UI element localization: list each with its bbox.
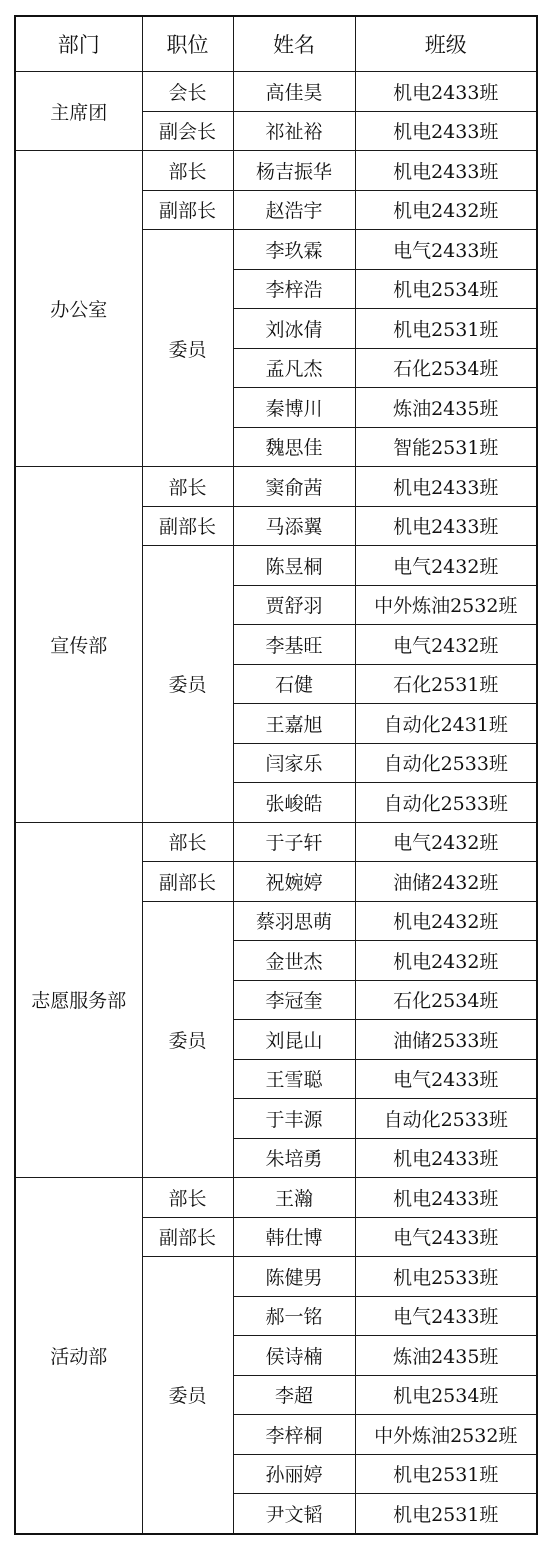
member-name-cell: 窦俞茜 [233,467,355,507]
member-name-cell: 蔡羽思萌 [233,901,355,941]
department-cell: 宣传部 [15,467,142,823]
member-name-cell: 祝婉婷 [233,862,355,902]
member-class-cell: 机电2433班 [355,506,537,546]
roster-table: 部门 职位 姓名 班级 主席团会长高佳昊机电2433班副会长祁祉裕机电2433班… [14,15,538,1535]
position-cell: 委员 [142,546,233,823]
member-class-cell: 机电2432班 [355,190,537,230]
member-name-cell: 祁祉裕 [233,111,355,151]
position-cell: 委员 [142,230,233,467]
table-row: 主席团会长高佳昊机电2433班 [15,72,537,112]
department-cell: 志愿服务部 [15,822,142,1178]
member-name-cell: 孟凡杰 [233,348,355,388]
member-name-cell: 赵浩宇 [233,190,355,230]
member-class-cell: 机电2533班 [355,1257,537,1297]
position-cell: 副部长 [142,862,233,902]
member-name-cell: 侯诗楠 [233,1336,355,1376]
member-name-cell: 李玖霖 [233,230,355,270]
member-class-cell: 电气2433班 [355,1296,537,1336]
member-class-cell: 中外炼油2532班 [355,585,537,625]
member-class-cell: 机电2433班 [355,151,537,191]
member-name-cell: 金世杰 [233,941,355,981]
header-row: 部门 职位 姓名 班级 [15,16,537,72]
member-class-cell: 炼油2435班 [355,388,537,428]
member-name-cell: 于子轩 [233,822,355,862]
position-cell: 会长 [142,72,233,112]
member-class-cell: 石化2531班 [355,664,537,704]
member-class-cell: 机电2531班 [355,1454,537,1494]
member-class-cell: 机电2432班 [355,941,537,981]
member-class-cell: 机电2433班 [355,467,537,507]
member-name-cell: 李超 [233,1375,355,1415]
position-cell: 部长 [142,151,233,191]
department-cell: 主席团 [15,72,142,151]
member-name-cell: 王嘉旭 [233,704,355,744]
member-name-cell: 孙丽婷 [233,1454,355,1494]
member-name-cell: 张峻皓 [233,783,355,823]
member-name-cell: 石健 [233,664,355,704]
table-row: 宣传部部长窦俞茜机电2433班 [15,467,537,507]
member-name-cell: 刘冰倩 [233,309,355,349]
position-cell: 部长 [142,467,233,507]
roster-body: 主席团会长高佳昊机电2433班副会长祁祉裕机电2433班办公室部长杨吉振华机电2… [15,72,537,1534]
member-class-cell: 电气2433班 [355,1059,537,1099]
position-cell: 副部长 [142,506,233,546]
department-cell: 活动部 [15,1178,142,1534]
member-class-cell: 电气2433班 [355,1217,537,1257]
member-name-cell: 陈昱桐 [233,546,355,586]
position-cell: 副部长 [142,190,233,230]
member-class-cell: 机电2432班 [355,901,537,941]
member-name-cell: 尹文韬 [233,1494,355,1534]
department-cell: 办公室 [15,151,142,467]
member-class-cell: 炼油2435班 [355,1336,537,1376]
position-cell: 副会长 [142,111,233,151]
member-class-cell: 油储2533班 [355,1020,537,1060]
member-class-cell: 石化2534班 [355,980,537,1020]
member-class-cell: 自动化2533班 [355,1099,537,1139]
member-class-cell: 机电2534班 [355,1375,537,1415]
member-name-cell: 李梓桐 [233,1415,355,1455]
member-name-cell: 于丰源 [233,1099,355,1139]
table-row: 办公室部长杨吉振华机电2433班 [15,151,537,191]
member-name-cell: 杨吉振华 [233,151,355,191]
header-class: 班级 [355,16,537,72]
member-class-cell: 电气2433班 [355,230,537,270]
member-class-cell: 电气2432班 [355,546,537,586]
member-class-cell: 机电2531班 [355,1494,537,1534]
member-name-cell: 朱培勇 [233,1138,355,1178]
member-name-cell: 韩仕博 [233,1217,355,1257]
member-name-cell: 秦博川 [233,388,355,428]
header-name: 姓名 [233,16,355,72]
member-name-cell: 李冠奎 [233,980,355,1020]
member-class-cell: 机电2433班 [355,1178,537,1218]
member-class-cell: 智能2531班 [355,427,537,467]
member-class-cell: 电气2432班 [355,822,537,862]
member-class-cell: 石化2534班 [355,348,537,388]
member-class-cell: 机电2433班 [355,111,537,151]
member-name-cell: 贾舒羽 [233,585,355,625]
member-name-cell: 闫家乐 [233,743,355,783]
member-class-cell: 机电2433班 [355,1138,537,1178]
member-name-cell: 高佳昊 [233,72,355,112]
member-name-cell: 李基旺 [233,625,355,665]
position-cell: 部长 [142,1178,233,1218]
member-name-cell: 李梓浩 [233,269,355,309]
table-row: 志愿服务部部长于子轩电气2432班 [15,822,537,862]
member-class-cell: 自动化2431班 [355,704,537,744]
member-class-cell: 机电2534班 [355,269,537,309]
member-name-cell: 刘昆山 [233,1020,355,1060]
member-class-cell: 电气2432班 [355,625,537,665]
member-name-cell: 马添翼 [233,506,355,546]
member-class-cell: 自动化2533班 [355,743,537,783]
member-class-cell: 机电2531班 [355,309,537,349]
member-name-cell: 魏思佳 [233,427,355,467]
member-class-cell: 中外炼油2532班 [355,1415,537,1455]
header-position: 职位 [142,16,233,72]
position-cell: 委员 [142,901,233,1178]
position-cell: 副部长 [142,1217,233,1257]
position-cell: 委员 [142,1257,233,1534]
member-class-cell: 机电2433班 [355,72,537,112]
member-name-cell: 陈健男 [233,1257,355,1297]
position-cell: 部长 [142,822,233,862]
table-row: 活动部部长王瀚机电2433班 [15,1178,537,1218]
member-name-cell: 王雪聪 [233,1059,355,1099]
member-class-cell: 油储2432班 [355,862,537,902]
member-class-cell: 自动化2533班 [355,783,537,823]
member-name-cell: 王瀚 [233,1178,355,1218]
header-department: 部门 [15,16,142,72]
member-name-cell: 郝一铭 [233,1296,355,1336]
